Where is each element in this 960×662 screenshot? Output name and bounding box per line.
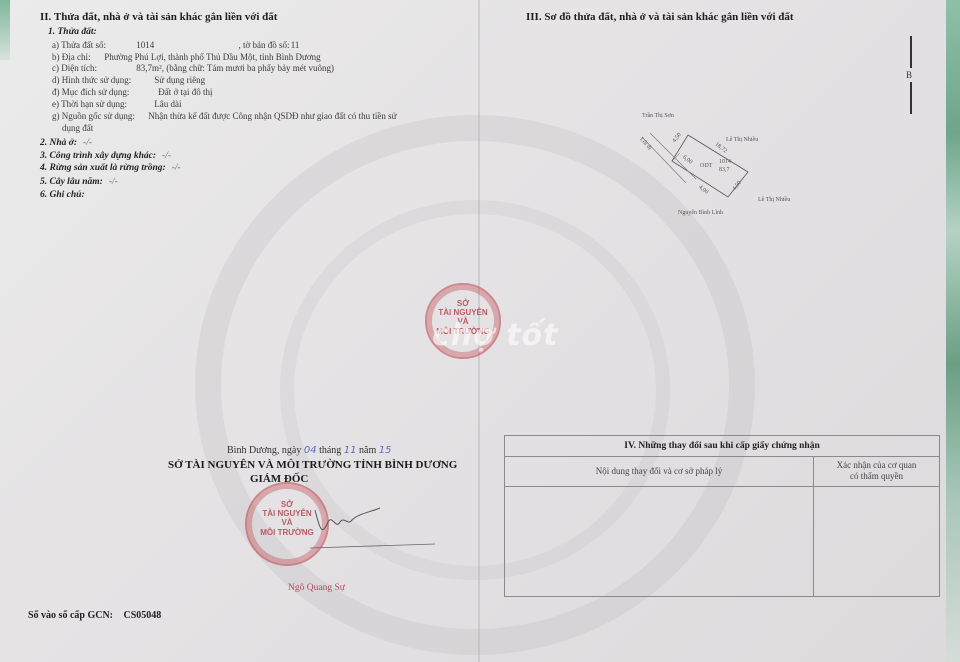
- perennial-trees-value: -/-: [109, 177, 118, 187]
- changes-table-header: Nội dung thay đổi và cơ sở pháp lý Xác n…: [505, 457, 939, 487]
- north-arrow-top-bar: [910, 36, 912, 68]
- address-label: b) Địa chỉ:: [52, 52, 102, 62]
- registry-number: Số vào sổ cấp GCN: CS05048: [28, 610, 161, 621]
- issue-month: 11: [344, 445, 357, 456]
- parcel-heading: 1. Thửa đất:: [48, 27, 97, 37]
- use-origin-row: g) Nguồn gốc sử dụng: Nhận thừa kế đất đ…: [52, 111, 396, 121]
- section-4-title: IV. Những thay đổi sau khi cấp giấy chứn…: [505, 436, 939, 457]
- use-form-value: Sử dụng riêng: [154, 75, 205, 85]
- parcel-diagram: Trần Thị Sơn Lê Thị Nhiều Lê Thị Nhiều N…: [620, 105, 840, 235]
- use-form-row: d) Hình thức sử dụng: Sử dụng riêng: [52, 75, 205, 85]
- section-2-title: II. Thửa đất, nhà ở và tài sản khác gắn …: [40, 11, 277, 23]
- column-change-content: Nội dung thay đổi và cơ sở pháp lý: [505, 457, 814, 486]
- production-forest-value: -/-: [172, 163, 181, 173]
- parcel-number-row: a) Thửa đất số: 1014 , tờ bản đồ số: 11: [52, 40, 299, 50]
- registry-label: Số vào sổ cấp GCN:: [28, 610, 113, 621]
- changes-table: IV. Những thay đổi sau khi cấp giấy chứn…: [504, 435, 940, 597]
- use-origin-label: g) Nguồn gốc sử dụng:: [52, 111, 146, 121]
- year-label: năm: [359, 445, 376, 456]
- issue-year: 15: [379, 445, 392, 456]
- parcel-outline-svg: [620, 105, 840, 235]
- left-edge-decoration: [0, 0, 10, 60]
- notes-item: 6. Ghi chú:: [40, 190, 85, 200]
- parcel-area-diagram: 83,7: [719, 167, 730, 173]
- neighbor-right-top: Lê Thị Nhiều: [726, 137, 758, 143]
- use-origin-continuation: dụng đất: [62, 123, 93, 133]
- area-label: c) Diện tích:: [52, 63, 134, 73]
- issue-date: Bình Dương, ngày 04 tháng 11 năm 15: [227, 445, 391, 456]
- neighbor-top: Trần Thị Sơn: [642, 113, 674, 119]
- issuing-organization: SỞ TÀI NGUYÊN VÀ MÔI TRƯỜNG TỈNH BÌNH DƯ…: [168, 459, 457, 471]
- use-purpose-row: đ) Mục đích sử dụng: Đất ở tại đô thị: [52, 87, 213, 97]
- stamp-line: SỞ: [427, 299, 499, 308]
- production-forest-item: 4. Rừng sản xuất là rừng trồng:-/-: [40, 163, 181, 173]
- address-row: b) Địa chỉ: Phường Phú Lợi, thành phố Th…: [52, 52, 321, 62]
- area-row: c) Diện tích: 83,7m², (bằng chữ: Tám mươ…: [52, 63, 334, 73]
- use-purpose-label: đ) Mục đích sử dụng:: [52, 87, 156, 97]
- authority-confirmation-cell: [814, 487, 939, 597]
- column-authority-confirmation: Xác nhận của cơ quan có thẩm quyền: [814, 457, 939, 486]
- address-value: Phường Phú Lợi, thành phố Thủ Dầu Một, t…: [104, 52, 320, 62]
- stamp-line: TÀI NGUYÊN: [427, 308, 499, 317]
- authority-line-2: có thẩm quyền: [814, 471, 939, 482]
- area-value: 83,7m², (bằng chữ: Tám mươi ba phẩy bảy …: [136, 63, 334, 73]
- house-value: -/-: [83, 138, 92, 148]
- use-form-label: d) Hình thức sử dụng:: [52, 75, 152, 85]
- use-purpose-value: Đất ở tại đô thị: [158, 87, 212, 97]
- date-prefix: Bình Dương, ngày: [227, 445, 301, 456]
- authority-line-1: Xác nhận của cơ quan: [814, 460, 939, 471]
- neighbor-right-bottom: Lê Thị Nhiều: [758, 197, 790, 203]
- use-term-row: e) Thời hạn sử dụng: Lâu dài: [52, 99, 182, 109]
- other-construction-label: 3. Công trình xây dựng khác:: [40, 151, 156, 161]
- neighbor-bottom: Nguyễn Bình Lĩnh: [678, 210, 723, 216]
- chotot-watermark-logo: chợ tốt: [432, 318, 559, 353]
- handwritten-signature: [310, 500, 450, 560]
- map-sheet-value: 11: [291, 40, 300, 50]
- parcel-number-value: 1014: [136, 40, 236, 50]
- other-construction-item: 3. Công trình xây dựng khác:-/-: [40, 151, 171, 161]
- other-construction-value: -/-: [162, 151, 171, 161]
- house-label: 2. Nhà ở:: [40, 138, 77, 148]
- perennial-trees-item: 5. Cây lâu năm:-/-: [40, 177, 118, 187]
- section-3-title: III. Sơ đồ thửa đất, nhà ở và tài sản kh…: [526, 11, 794, 23]
- land-code: ODT: [700, 163, 712, 169]
- map-sheet-label: , tờ bản đồ số:: [239, 40, 289, 50]
- changes-table-body: [505, 487, 939, 597]
- registry-value: CS05048: [124, 610, 162, 621]
- north-arrow-bottom-bar: [910, 82, 912, 114]
- production-forest-label: 4. Rừng sản xuất là rừng trồng:: [40, 163, 166, 173]
- parcel-number-diagram: 1014: [719, 159, 731, 165]
- issue-day: 04: [304, 445, 317, 456]
- house-item: 2. Nhà ở:-/-: [40, 138, 92, 148]
- use-origin-value: Nhận thừa kế đất được Công nhận QSDĐ như…: [148, 111, 396, 121]
- change-content-cell: [505, 487, 814, 597]
- use-term-value: Lâu dài: [154, 99, 181, 109]
- notes-label: 6. Ghi chú:: [40, 190, 85, 200]
- right-edge-decoration: [946, 0, 960, 662]
- month-label: tháng: [319, 445, 341, 456]
- perennial-trees-label: 5. Cây lâu năm:: [40, 177, 103, 187]
- signer-name: Ngô Quang Sự: [288, 583, 345, 593]
- use-term-label: e) Thời hạn sử dụng:: [52, 99, 152, 109]
- parcel-number-label: a) Thửa đất số:: [52, 40, 134, 50]
- north-letter: B: [906, 70, 912, 80]
- north-arrow: B: [904, 36, 918, 116]
